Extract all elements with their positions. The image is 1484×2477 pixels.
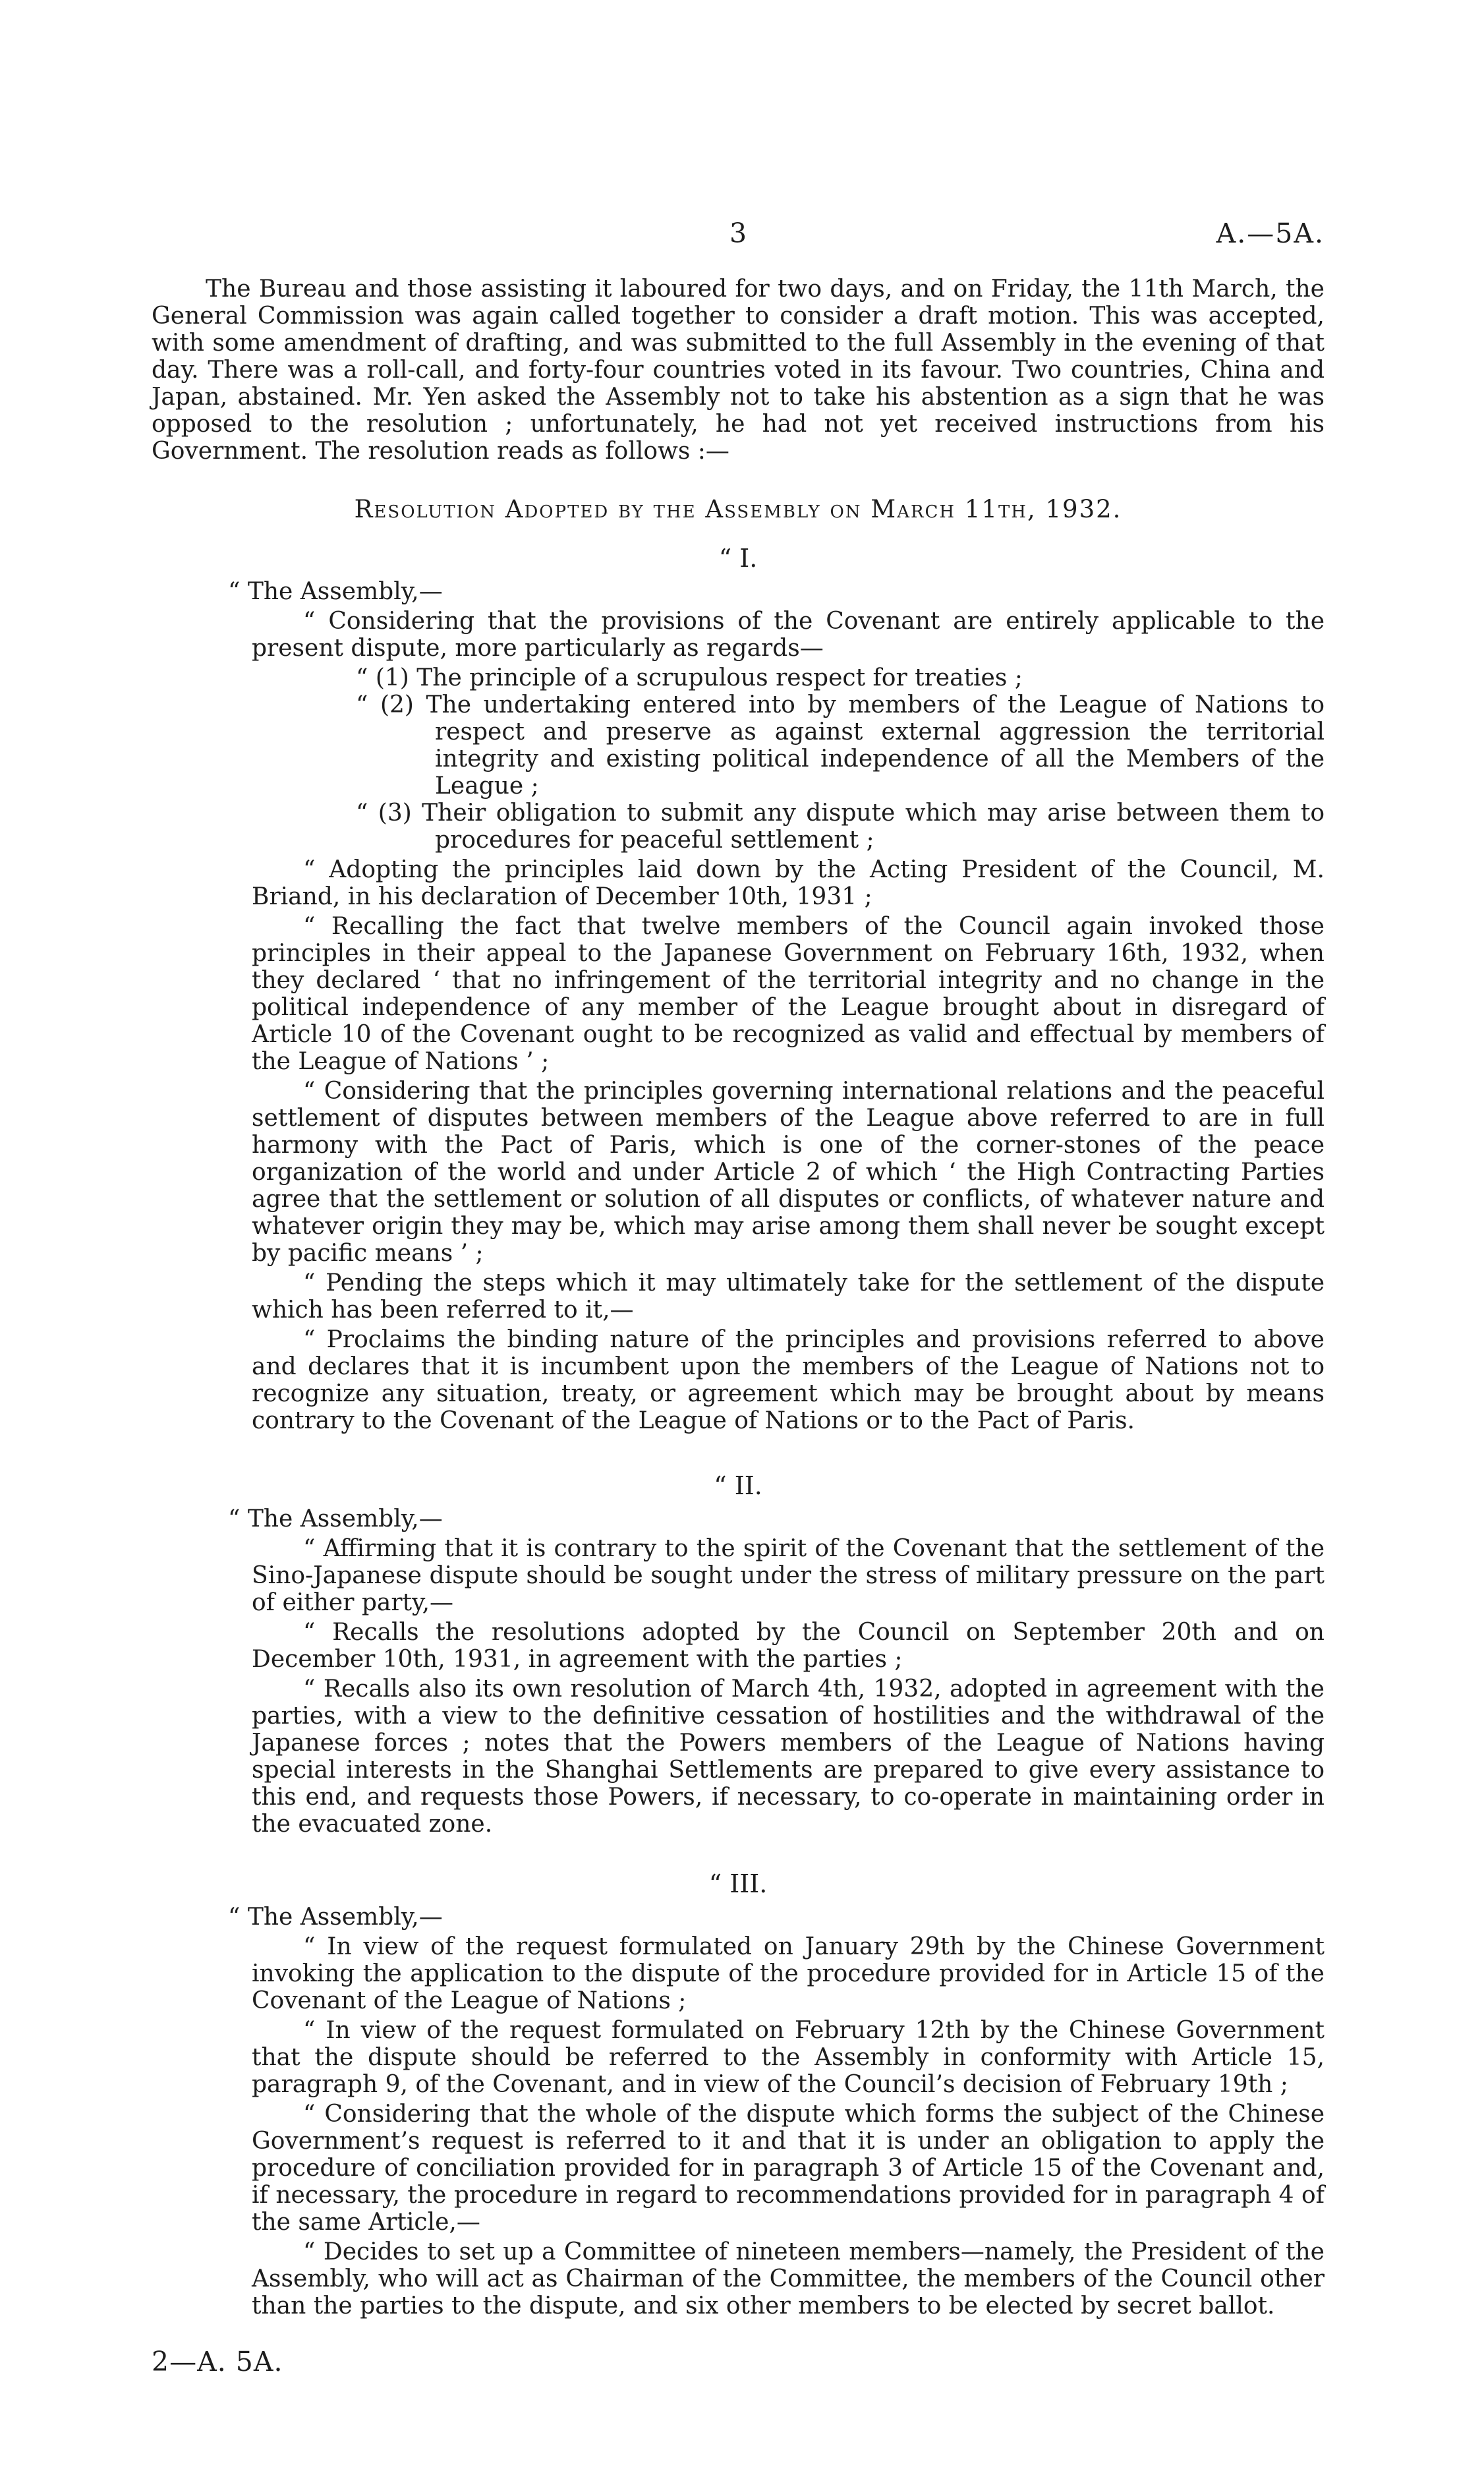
resolution-section-3: “ III. “ The Assembly,— “ In view of the… (252, 1869, 1325, 2319)
intro-paragraph: The Bureau and those assisting it labour… (152, 276, 1325, 465)
page-header: 3 A.—5A. (152, 218, 1325, 249)
resolution-section-2: “ II. “ The Assembly,— “ Affirming that … (252, 1471, 1325, 1838)
list-item-1: “ (1) The principle of a scrupulous resp… (356, 664, 1325, 691)
section-3-paragraph-1: “ In view of the request formulated on J… (252, 1933, 1325, 2014)
footer-signature: 2—A. 5A. (152, 2346, 1325, 2377)
section-3-opening: “ The Assembly,— (252, 1904, 1325, 1931)
list-item-2: “ (2) The undertaking entered into by me… (356, 691, 1325, 800)
page-number: 3 (729, 218, 747, 249)
section-2-paragraph-2: “ Recalls the resolutions adopted by the… (252, 1619, 1325, 1673)
section-1-paragraph-2: “ Recalling the fact that twelve members… (252, 913, 1325, 1075)
section-3-paragraph-2: “ In view of the request formulated on F… (252, 2017, 1325, 2098)
section-1-paragraph-5: “ Proclaims the binding nature of the pr… (252, 1326, 1325, 1434)
resolution-title: Resolution Adopted by the Assembly on Ma… (152, 495, 1325, 524)
section-3-paragraph-3: “ Considering that the whole of the disp… (252, 2101, 1325, 2236)
document-page: 3 A.—5A. The Bureau and those assisting … (0, 0, 1484, 2477)
section-1-list: “ (1) The principle of a scrupulous resp… (356, 664, 1325, 854)
section-1-paragraph-1: “ Adopting the principles laid down by t… (252, 856, 1325, 910)
doc-reference: A.—5A. (747, 218, 1325, 249)
section-2-paragraph-1: “ Affirming that it is contrary to the s… (252, 1535, 1325, 1616)
list-item-3: “ (3) Their obligation to submit any dis… (356, 800, 1325, 854)
section-2-opening: “ The Assembly,— (252, 1505, 1325, 1532)
section-2-paragraph-3: “ Recalls also its own resolution of Mar… (252, 1676, 1325, 1838)
section-1-lead-paragraph: “ Considering that the provisions of the… (252, 608, 1325, 662)
section-1-numeral: “ I. (152, 544, 1325, 573)
section-3-paragraph-4: “ Decides to set up a Committee of ninet… (252, 2238, 1325, 2319)
section-1-paragraph-4: “ Pending the steps which it may ultimat… (252, 1269, 1325, 1324)
section-1-opening: “ The Assembly,— (252, 578, 1325, 605)
resolution-section-1: “ I. “ The Assembly,— “ Considering that… (252, 544, 1325, 1434)
section-3-numeral: “ III. (152, 1869, 1325, 1898)
section-2-numeral: “ II. (152, 1471, 1325, 1500)
section-1-paragraph-3: “ Considering that the principles govern… (252, 1078, 1325, 1267)
